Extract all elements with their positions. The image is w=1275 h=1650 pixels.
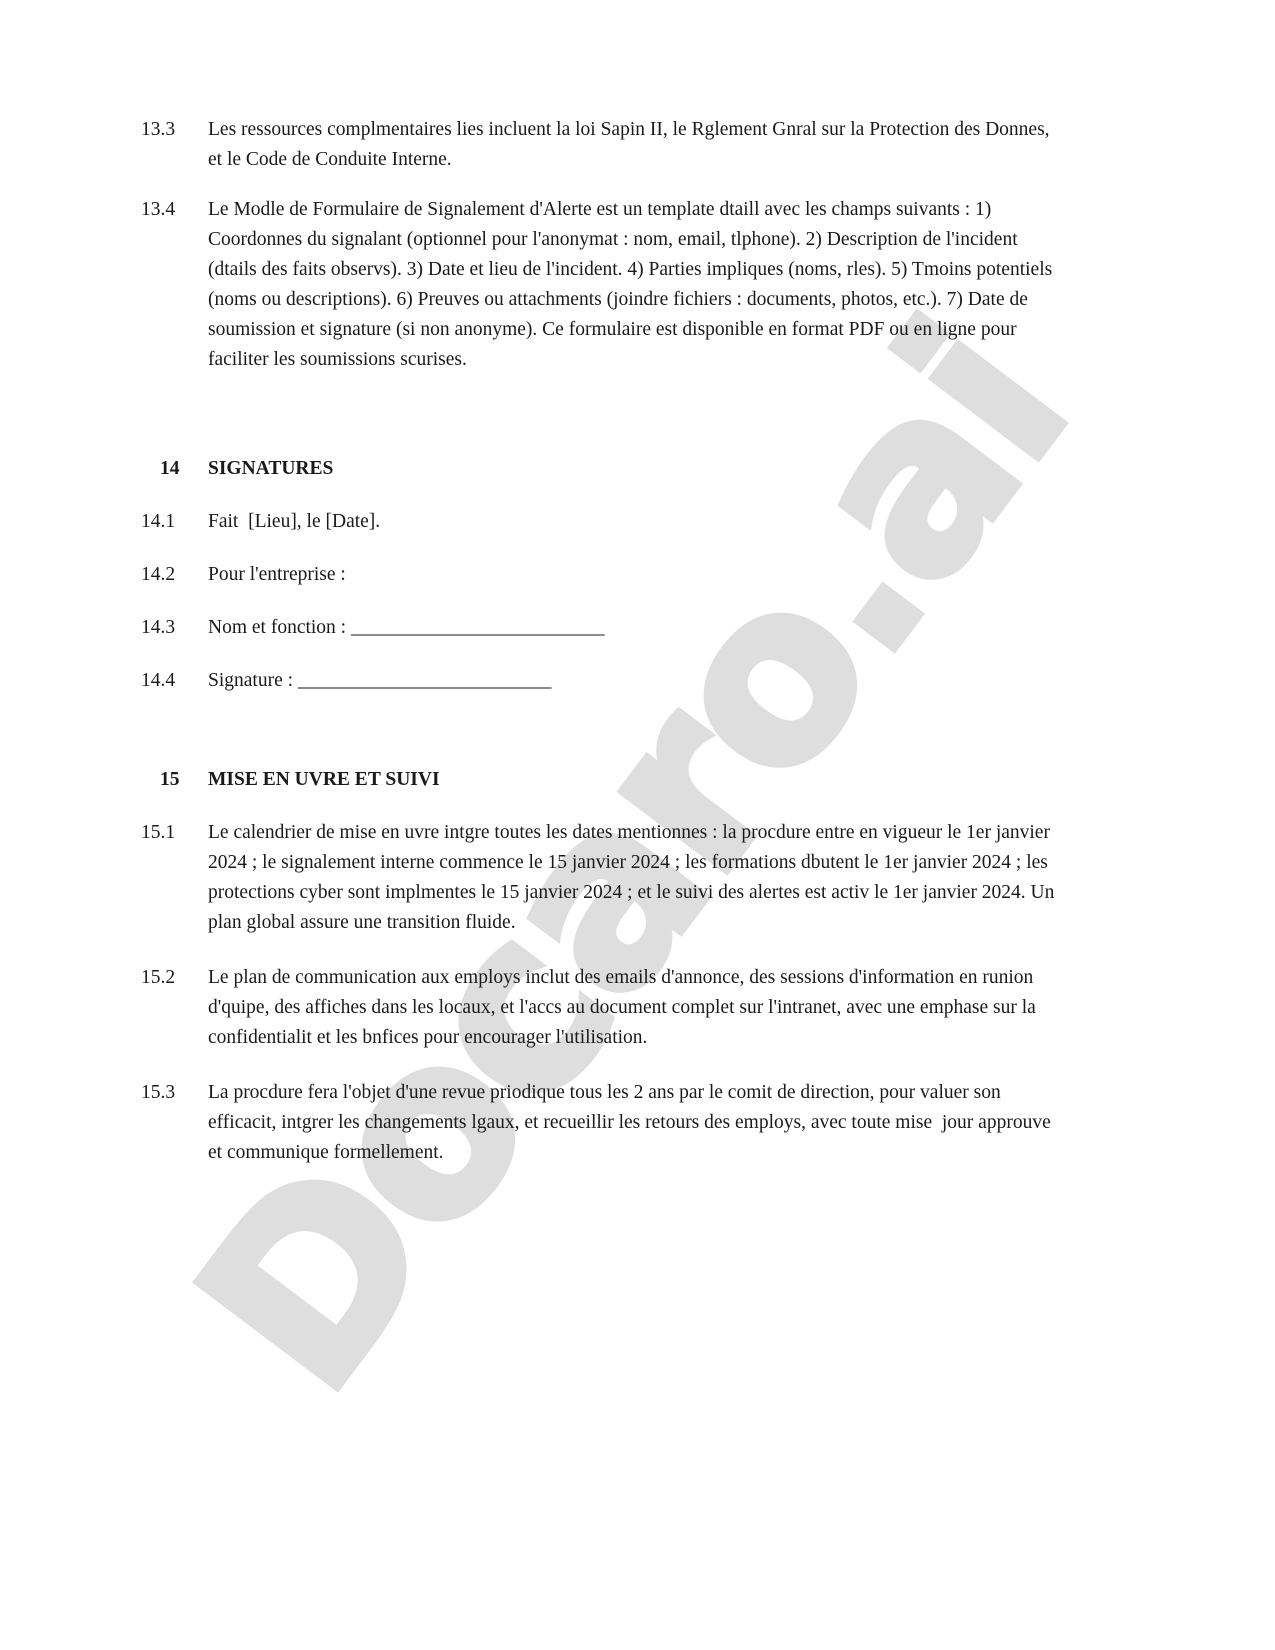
clause-text: Pour l'entreprise : [208,560,1066,590]
clause-15-3: 15.3 La procdure fera l'objet d'une revu… [141,1078,1066,1168]
clause-text: La procdure fera l'objet d'une revue pri… [208,1078,1066,1168]
clause-text: Le calendrier de mise en uvre intgre tou… [208,818,1066,938]
clause-text: Le plan de communication aux employs inc… [208,963,1066,1053]
clause-number: 13.4 [141,195,208,375]
document-content: 13.3 Les ressources complmentaires lies … [0,0,1275,1168]
document-page: Docaro.ai 13.3 Les ressources complmenta… [0,0,1275,1650]
clause-number: 15.2 [141,963,208,1053]
clause-number: 14.3 [141,613,208,643]
clause-text-signature-line: Signature : __________________________ [208,666,1066,696]
section-number: 15 [141,765,208,795]
clause-13-4: 13.4 Le Modle de Formulaire de Signaleme… [141,195,1066,375]
clause-number: 15.3 [141,1078,208,1168]
clause-text-signature-name-line: Nom et fonction : ______________________… [208,613,1066,643]
clause-15-2: 15.2 Le plan de communication aux employ… [141,963,1066,1053]
section-title: MISE EN UVRE ET SUIVI [208,765,1066,795]
section-15-heading: 15 MISE EN UVRE ET SUIVI [141,765,1066,795]
section-14-heading: 14 SIGNATURES [141,454,1066,484]
clause-text: Fait [Lieu], le [Date]. [208,507,1066,537]
clause-15-1: 15.1 Le calendrier de mise en uvre intgr… [141,818,1066,938]
clause-number: 15.1 [141,818,208,938]
clause-13-3: 13.3 Les ressources complmentaires lies … [141,115,1066,175]
clause-text: Les ressources complmentaires lies inclu… [208,115,1066,175]
clause-text: Le Modle de Formulaire de Signalement d'… [208,195,1066,375]
clause-number: 13.3 [141,115,208,175]
section-number: 14 [141,454,208,484]
clause-14-1: 14.1 Fait [Lieu], le [Date]. [141,507,1066,537]
clause-14-3: 14.3 Nom et fonction : _________________… [141,613,1066,643]
clause-number: 14.1 [141,507,208,537]
clause-14-4: 14.4 Signature : _______________________… [141,666,1066,696]
clause-number: 14.4 [141,666,208,696]
clause-14-2: 14.2 Pour l'entreprise : [141,560,1066,590]
clause-number: 14.2 [141,560,208,590]
section-title: SIGNATURES [208,454,1066,484]
